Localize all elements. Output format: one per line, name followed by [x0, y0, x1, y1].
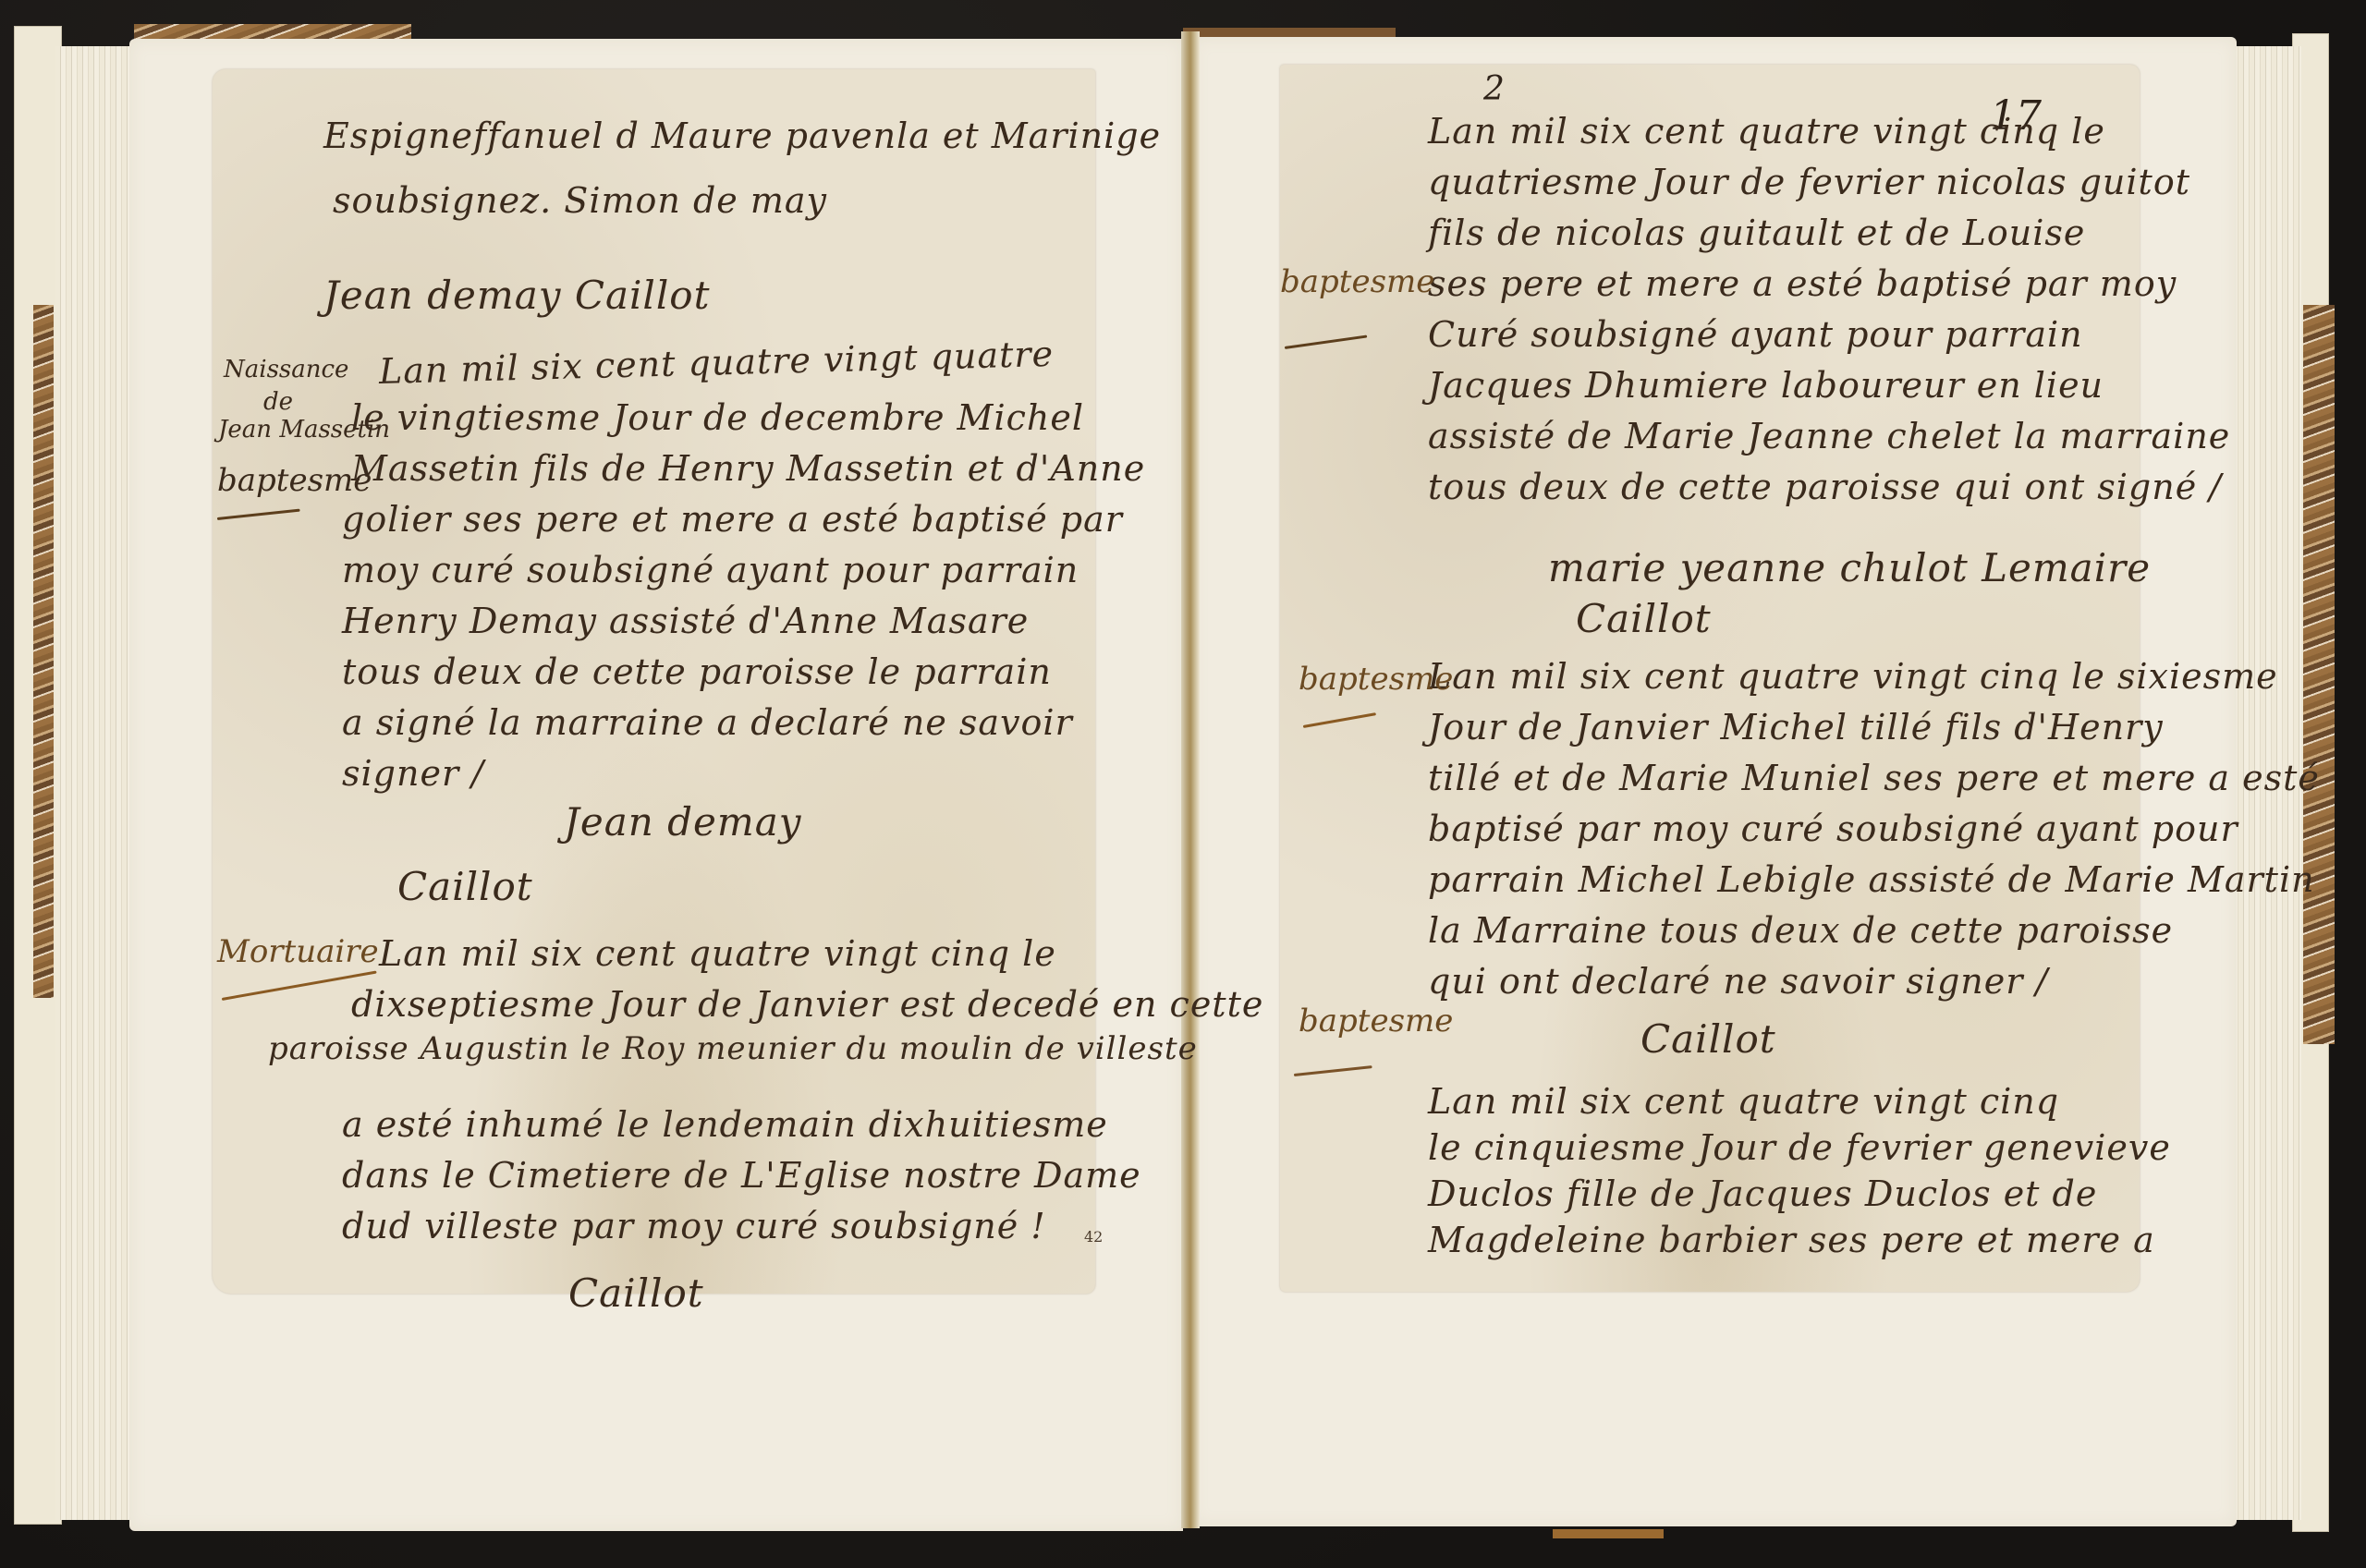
text-line: fils de nicolas guitault et de Louise	[1428, 213, 2085, 253]
text-line: tous deux de cette paroisse qui ont sign…	[1428, 467, 2222, 507]
text-line: paroisse Augustin le Roy meunier du moul…	[268, 1030, 1198, 1067]
signature-line: Caillot	[1640, 1016, 1776, 1062]
margin-note: Jean Massetin	[218, 416, 390, 444]
text-line: Jour de Janvier Michel tillé fils d'Henr…	[1428, 707, 2164, 748]
text-line: Duclos fille de Jacques Duclos et de	[1428, 1173, 2097, 1214]
text-line: qui ont declaré ne savoir signer /	[1428, 961, 2048, 1002]
text-line: la Marraine tous deux de cette paroisse	[1428, 910, 2173, 951]
text-line: dixseptiesme Jour de Janvier est decedé …	[351, 984, 1263, 1025]
signature-line: Jean demay	[564, 799, 801, 845]
margin-note: baptesme	[1299, 1003, 1453, 1039]
signature-line: Caillot	[568, 1270, 704, 1316]
text-line: dud villeste par moy curé soubsigné !	[342, 1206, 1046, 1246]
text-line: Massetin fils de Henry Massetin et d'Ann…	[351, 448, 1145, 489]
text-line: quatriesme Jour de fevrier nicolas guito…	[1428, 162, 2190, 202]
text-line: ses pere et mere a esté baptisé par moy	[1428, 263, 2177, 304]
text-line: Lan mil six cent quatre vingt cinq le	[1428, 111, 2105, 152]
open-volume: Espigneffanuel d Maure pavenla et Marini…	[0, 0, 2366, 1568]
margin-note: Mortuaire	[217, 933, 379, 970]
text-line: parrain Michel Lebigle assisté de Marie …	[1428, 859, 2315, 900]
text-line: Henry Demay assisté d'Anne Masare	[342, 601, 1029, 641]
text-line: le vingtiesme Jour de decembre Michel	[351, 397, 1084, 438]
margin-note: baptesme	[1280, 263, 1434, 300]
right-marbled-edge	[2303, 305, 2335, 1044]
gutter	[1181, 31, 1200, 1528]
text-line: Jacques Dhumiere laboureur en lieu	[1428, 365, 2104, 406]
left-page-block	[55, 46, 139, 1520]
text-line: Lan mil six cent quatre vingt quatre	[378, 334, 1054, 392]
margin-note: Naissance	[224, 356, 348, 383]
text-line: a signé la marraine a declaré ne savoir	[342, 702, 1073, 743]
text-line: baptisé par moy curé soubsigné ayant pou…	[1428, 808, 2238, 849]
text-line: Lan mil six cent quatre vingt cinq le si…	[1428, 656, 2278, 697]
text-line: Espigneffanuel d Maure pavenla et Marini…	[323, 115, 1161, 156]
sheet-mark: 42	[1084, 1228, 1103, 1246]
signature-line: Jean demay Caillot	[323, 273, 710, 318]
left-manuscript-sheet: Espigneffanuel d Maure pavenla et Marini…	[213, 69, 1095, 1294]
text-line: tillé et de Marie Muniel ses pere et mer…	[1428, 758, 2320, 798]
text-line: soubsignez. Simon de may	[333, 180, 827, 221]
signature-line: Caillot	[397, 864, 533, 909]
signature-line: Caillot	[1576, 596, 1712, 641]
text-line: Lan mil six cent quatre vingt cinq	[1428, 1081, 2059, 1122]
text-line: dans le Cimetiere de L'Eglise nostre Dam…	[342, 1155, 1141, 1196]
bottom-spine-edge	[1553, 1529, 1664, 1538]
text-line: moy curé soubsigné ayant pour parrain	[342, 550, 1079, 590]
text-line: tous deux de cette paroisse le parrain	[342, 651, 1052, 692]
margin-note: baptesme	[1299, 661, 1453, 698]
page-mark: 2	[1483, 70, 1505, 108]
margin-note: de	[263, 388, 293, 416]
text-line: golier ses pere et mere a esté baptisé p…	[342, 499, 1123, 540]
text-line: Curé soubsigné ayant pour parrain	[1428, 314, 2083, 355]
text-line: assisté de Marie Jeanne chelet la marrai…	[1428, 416, 2230, 456]
text-line: Lan mil six cent quatre vingt cinq le	[379, 933, 1056, 974]
margin-note: baptesme	[217, 462, 372, 499]
text-line: Magdeleine barbier ses pere et mere a	[1428, 1220, 2155, 1260]
text-line: le cinquiesme Jour de fevrier genevieve	[1428, 1127, 2171, 1168]
text-line: signer /	[342, 753, 484, 794]
left-marbled-edge	[33, 305, 54, 998]
signature-line: marie yeanne chulot Lemaire	[1548, 545, 2151, 590]
text-line: a esté inhumé le lendemain dixhuitiesme	[342, 1104, 1108, 1145]
